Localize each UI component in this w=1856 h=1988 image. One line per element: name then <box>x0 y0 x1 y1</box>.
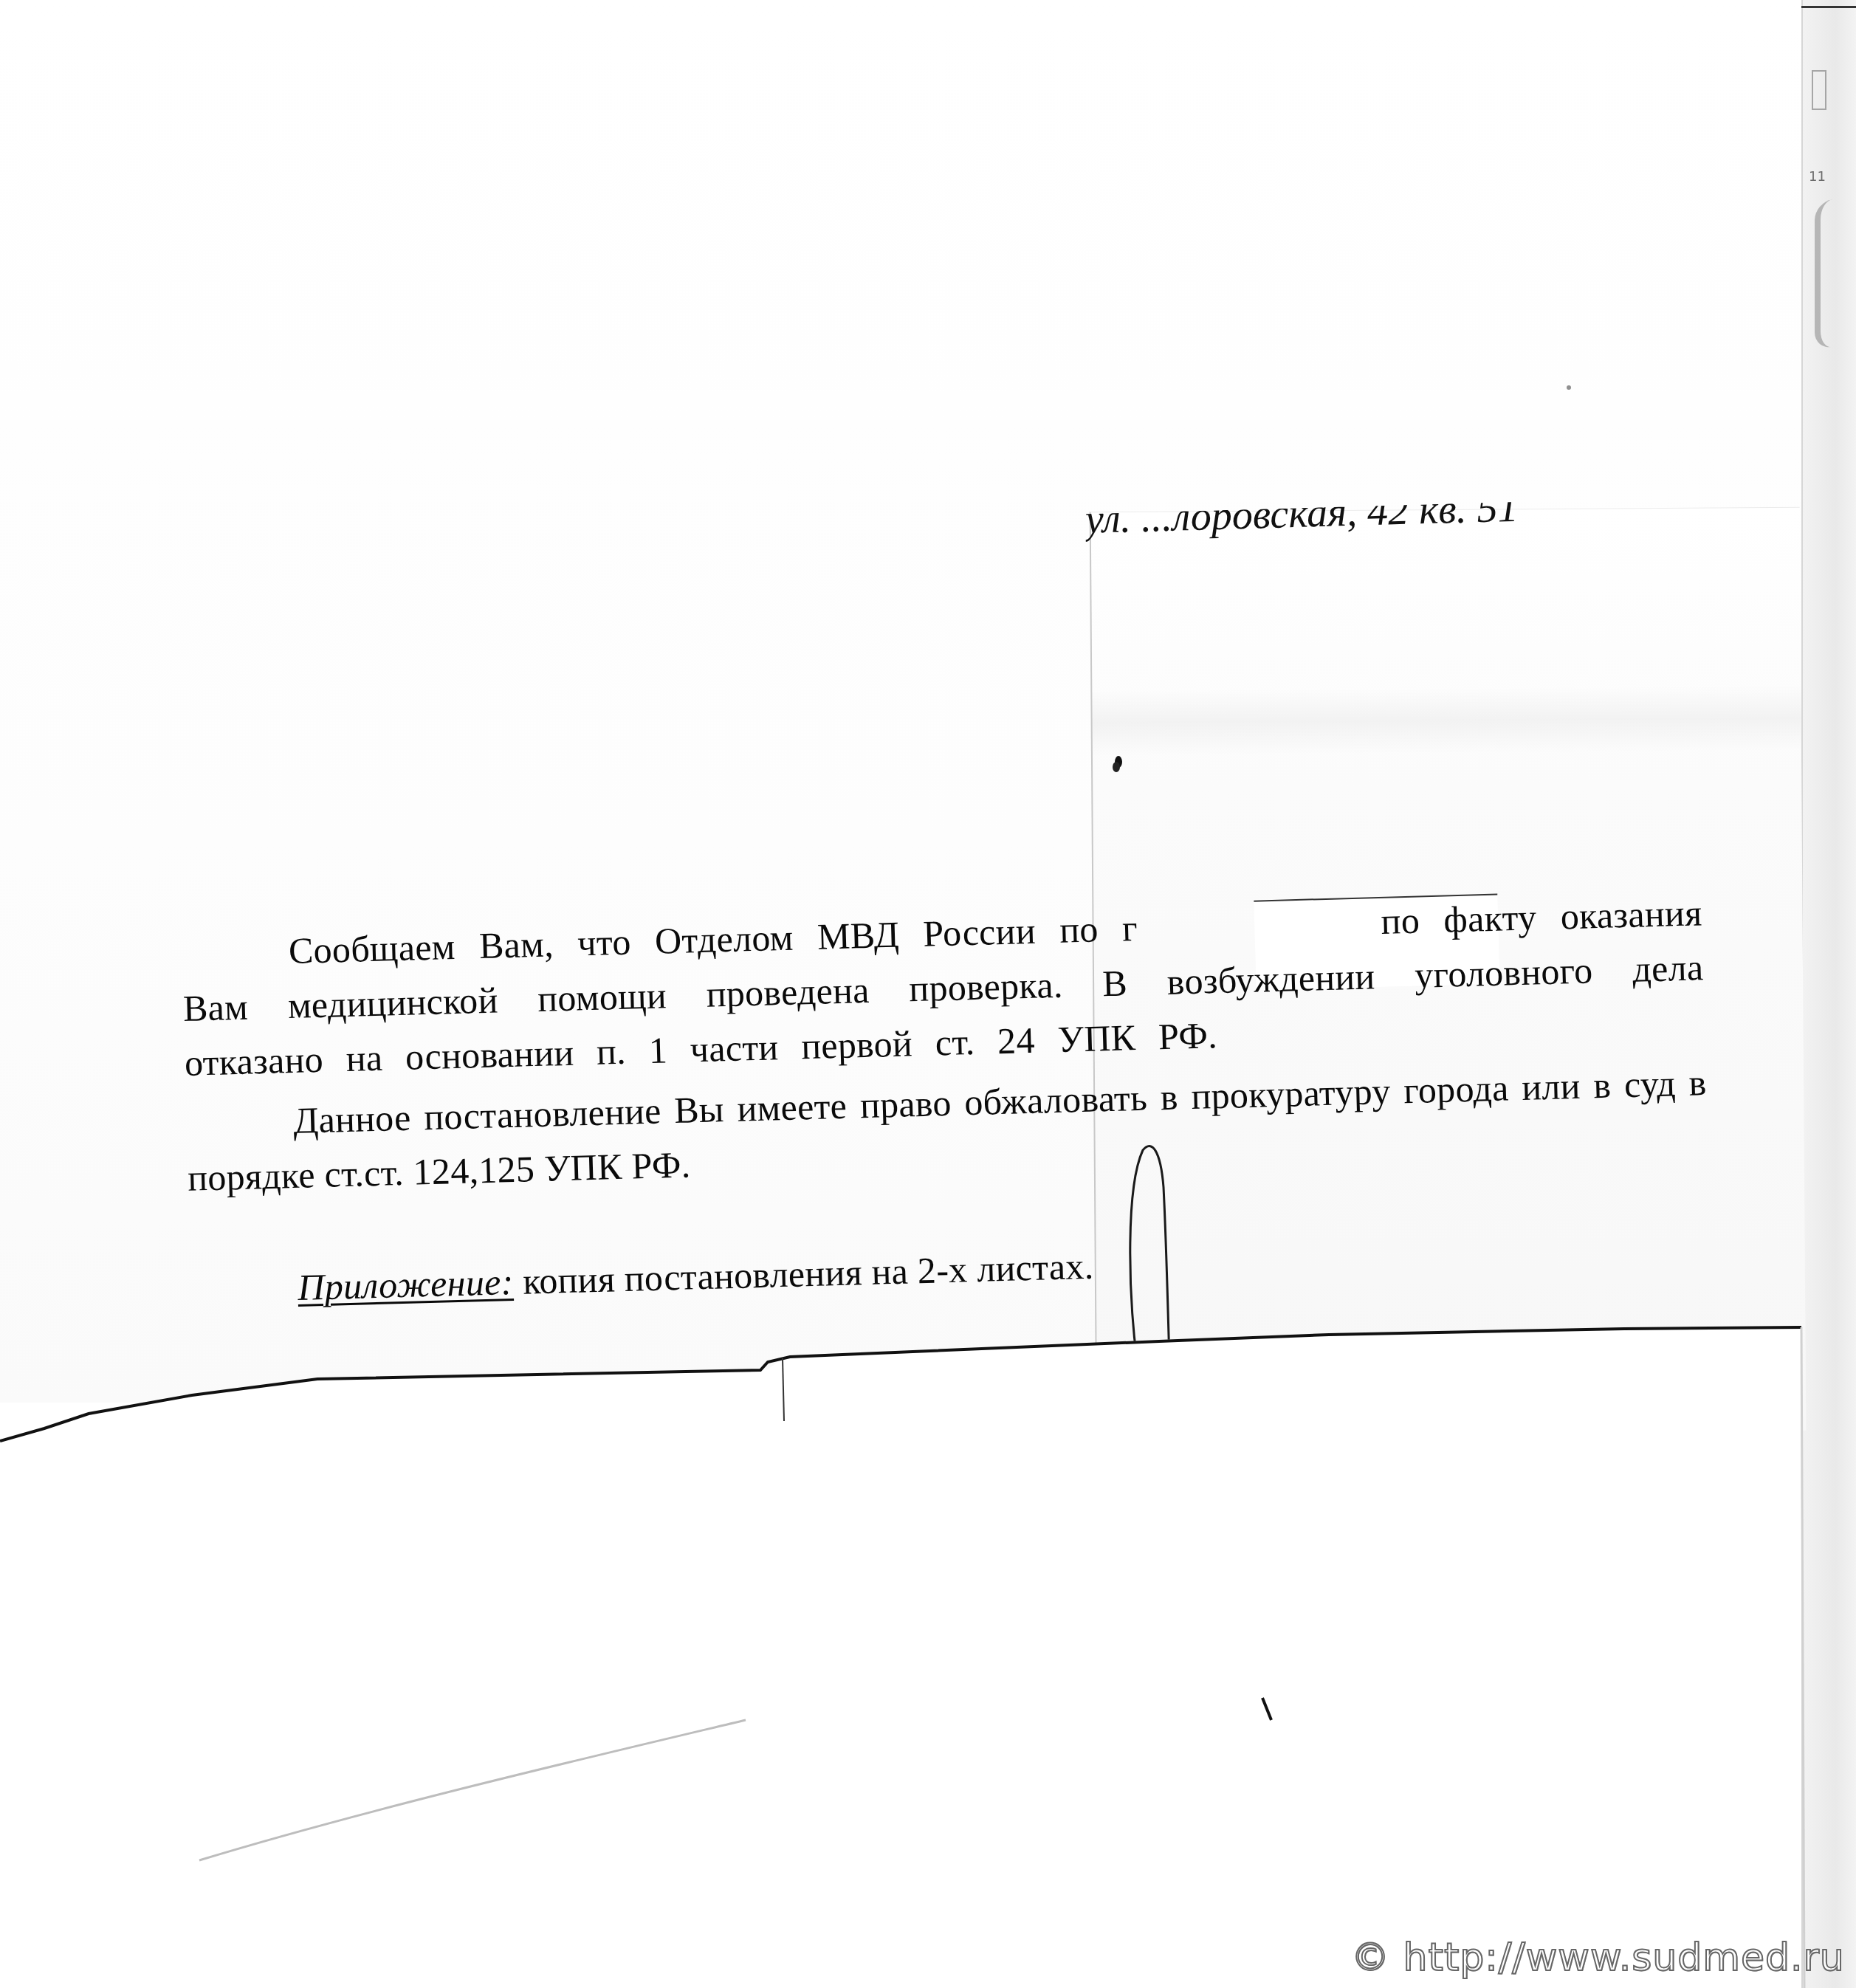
ink-speck <box>1113 762 1120 772</box>
stamp-fragment: 11 <box>1807 70 1852 454</box>
sheet-edge-line <box>1801 6 1856 8</box>
bleed-through-band <box>1092 685 1801 757</box>
stamp-number: 11 <box>1809 169 1852 185</box>
redacted-city-gap <box>1138 934 1381 940</box>
pen-loop-mark-icon <box>1122 1143 1174 1364</box>
stamp-ink-icon <box>1815 196 1850 350</box>
letter-body: Сообщаем Вам, что Отделом МВД России по … <box>181 885 1712 1318</box>
site-watermark: © http://www.sudmed.ru <box>1351 1936 1845 1980</box>
ink-speck <box>1567 385 1571 390</box>
stamp-box-icon <box>1812 70 1826 110</box>
attachment-label: Приложение: <box>298 1261 515 1308</box>
attachment-text: копия постановления на 2-х листах. <box>522 1245 1094 1302</box>
